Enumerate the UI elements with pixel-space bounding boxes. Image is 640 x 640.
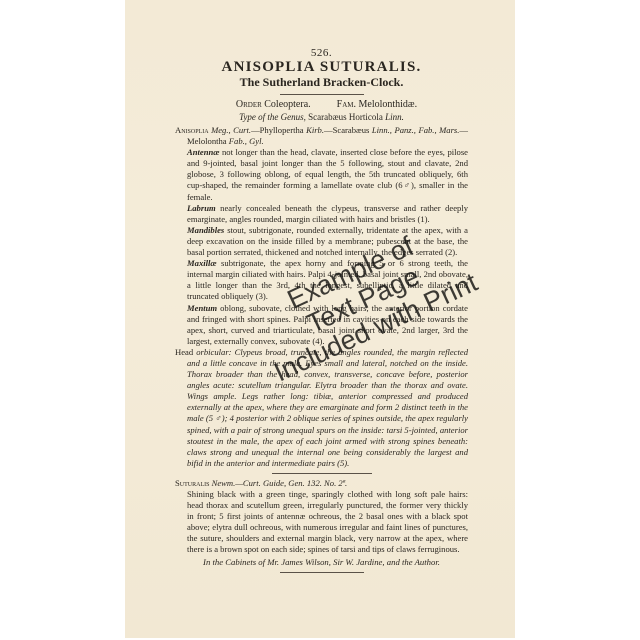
- synonym-phyllopertha: —Phyllopertha: [251, 125, 306, 135]
- synonym-author-kirb: Kirb.: [306, 125, 324, 135]
- plate-number: 526.: [175, 47, 468, 59]
- head-description: Head orbicular: Clypeus broad, truncate,…: [175, 347, 468, 469]
- common-name: The Sutherland Bracken-Clock.: [175, 75, 468, 90]
- paragraph-antennae: Antennæ not longer than the head, clavat…: [175, 147, 468, 202]
- family-value: Melolonthidæ.: [358, 99, 417, 110]
- type-author: Linn.: [385, 112, 404, 122]
- title-divider: [280, 94, 364, 95]
- book-page: 526. ANISOPLIA SUTURALIS. The Sutherland…: [125, 0, 515, 638]
- head-label: Head: [175, 347, 193, 357]
- type-value: Scarabæus Horticola: [308, 112, 383, 122]
- paragraph-lead: Mandibles: [187, 225, 224, 235]
- synonym-authors-linn: Linn., Panz., Fab., Mars.: [372, 125, 460, 135]
- paragraph-body: stout, subtrigonate, rounded externally,…: [187, 225, 468, 257]
- order-label: Order: [236, 99, 262, 110]
- scutellum-text: scutellum triangular.: [238, 380, 311, 390]
- classification-line: Order Coleoptera. Fam. Melolonthidæ.: [175, 99, 468, 111]
- paragraph-lead: Labrum: [187, 203, 216, 213]
- paragraph-mentum: Mentum oblong, subovate, clothed with lo…: [175, 303, 468, 347]
- elytra-text: Elytra broader than the thorax and ovate…: [315, 380, 468, 390]
- genus-synonymy: Anisoplia Meg., Curt.—Phyllopertha Kirb.…: [175, 125, 468, 147]
- genus-type-line: Type of the Genus, Scarabæus Horticola L…: [175, 111, 468, 123]
- paragraph-maxillae: Maxillæ subtrigonate, the apex horny and…: [175, 258, 468, 302]
- cabinet-note: In the Cabinets of Mr. James Wilson, Sir…: [175, 557, 468, 568]
- genus-name: Anisoplia: [175, 125, 209, 135]
- species-title: ANISOPLIA SUTURALIS.: [175, 59, 468, 75]
- species-entry: Suturalis Newm.—Curt. Guide, Gen. 132. N…: [175, 478, 468, 489]
- paragraph-lead: Antennæ: [187, 147, 219, 157]
- paragraph-body: not longer than the head, clavate, inser…: [187, 147, 468, 201]
- paragraph-mandibles: Mandibles stout, subtrigonate, rounded e…: [175, 225, 468, 258]
- paragraph-labrum: Labrum nearly concealed beneath the clyp…: [175, 203, 468, 225]
- paragraph-body: nearly concealed beneath the clypeus, tr…: [187, 203, 468, 224]
- end-divider: [280, 572, 364, 573]
- wings-text: Wings ample.: [187, 391, 237, 401]
- paragraph-lead: Mentum: [187, 303, 217, 313]
- species-name: Suturalis: [175, 478, 209, 488]
- tibiae-text: tibiæ, anterior compressed and produced …: [187, 391, 468, 468]
- species-description: Shining black with a green tinge, sparin…: [175, 489, 468, 556]
- species-reference: Newm.—Curt. Guide, Gen. 132. No. 2ª.: [212, 478, 348, 488]
- paragraph-body: subtrigonate, the apex horny and forming…: [187, 258, 468, 301]
- page-text: 526. ANISOPLIA SUTURALIS. The Sutherland…: [175, 47, 468, 577]
- section-divider: [272, 473, 372, 474]
- synonym-scarabaeus: —Scarabæus: [324, 125, 372, 135]
- type-label: Type of the Genus,: [239, 112, 306, 122]
- paragraph-body: oblong, subovate, clothed with long hair…: [187, 303, 468, 346]
- order-value: Coleoptera.: [264, 99, 310, 110]
- synonym-authors-fab: Fab., Gyl.: [229, 136, 264, 146]
- family: Fam. Melolonthidæ.: [337, 99, 417, 111]
- genus-authors: Meg., Curt.: [211, 125, 251, 135]
- eyes-text: Eyes small and lateral, notched on the i…: [305, 358, 468, 368]
- legs-text: Legs rather long:: [242, 391, 309, 401]
- order: Order Coleoptera.: [236, 99, 311, 111]
- family-label: Fam.: [337, 99, 356, 110]
- paragraph-lead: Maxillæ: [187, 258, 217, 268]
